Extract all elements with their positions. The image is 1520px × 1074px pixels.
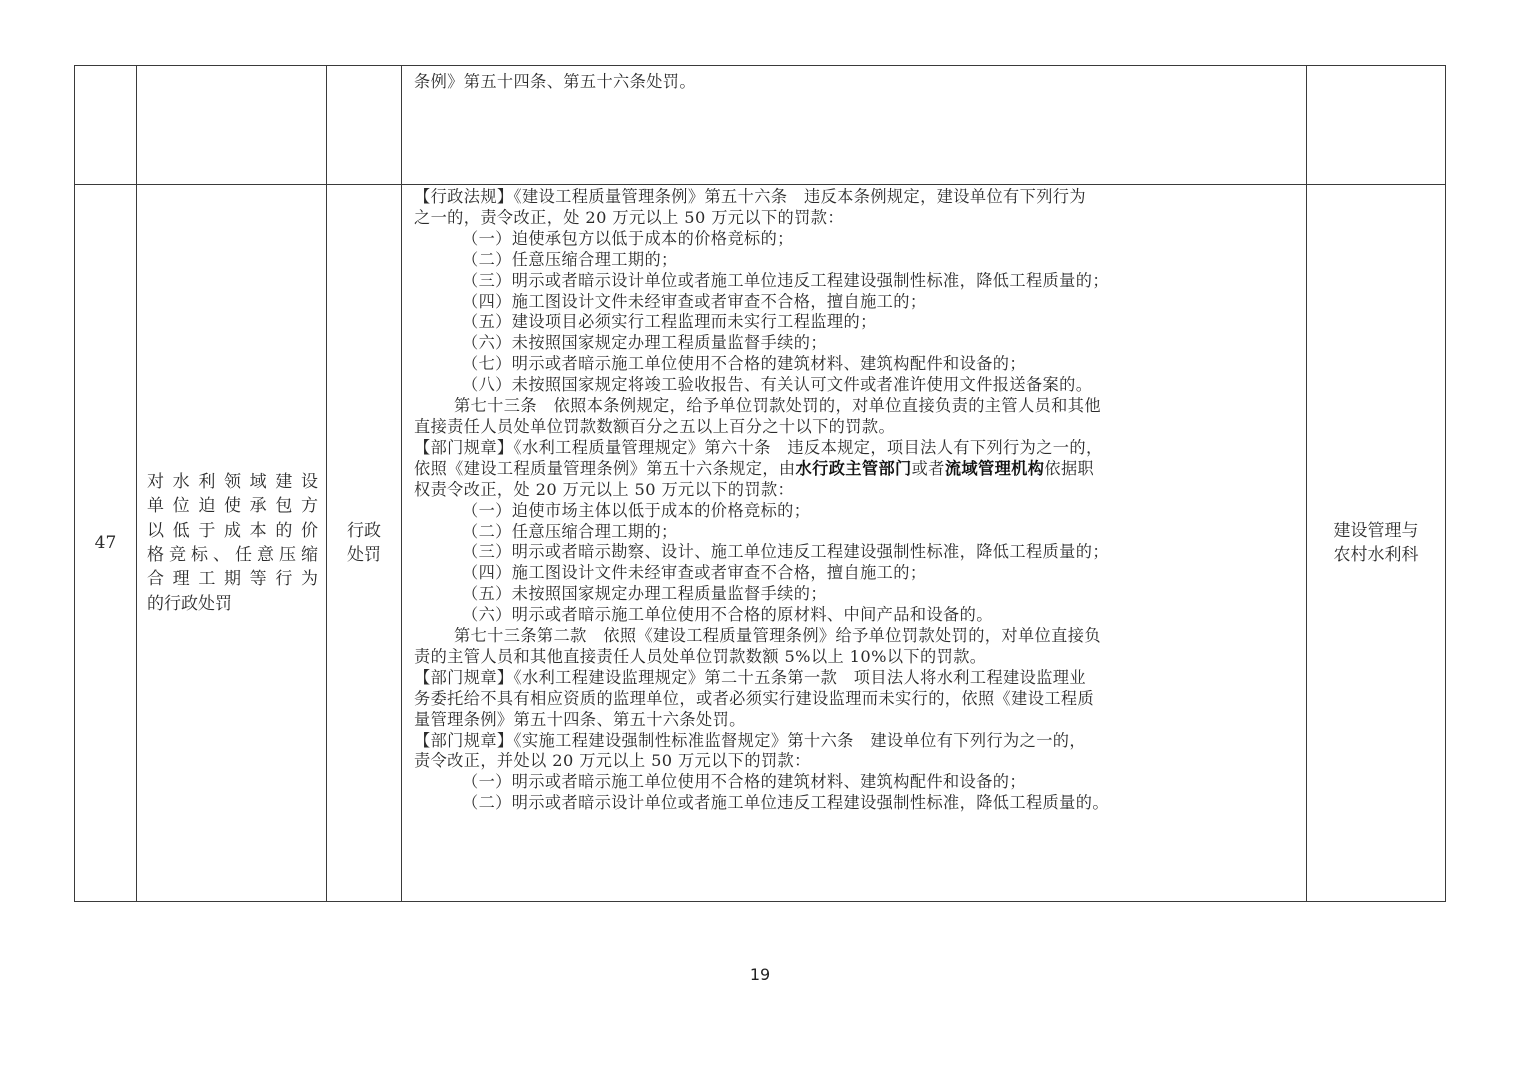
law4-item: （二）明示或者暗示设计单位或者施工单位违反工程建设强制性标准，降低工程质量的。	[414, 793, 1300, 814]
law1-cont: 之一的，责令改正，处 20 万元以上 50 万元以下的罚款：	[414, 208, 1300, 229]
law2-line2: 依照《建设工程质量管理条例》第五十六条规定，由水行政主管部门或者流域管理机构依据…	[414, 459, 1300, 480]
law2-head: 【部门规章】《水利工程质量管理规定》第六十条 违反本规定，项目法人有下列行为之一…	[414, 438, 1300, 459]
law2-item: （三）明示或者暗示勘察、设计、施工单位违反工程建设强制性标准，降低工程质量的；	[414, 542, 1300, 563]
law2-item: （四）施工图设计文件未经审查或者审查不合格，擅自施工的；	[414, 563, 1300, 584]
law1-item: （四）施工图设计文件未经审查或者审查不合格，擅自施工的；	[414, 292, 1300, 313]
law1-item: （二）任意压缩合理工期的；	[414, 250, 1300, 271]
basin-authority-bold: 流域管理机构	[945, 459, 1045, 478]
law1-item: （七）明示或者暗示施工单位使用不合格的建筑材料、建筑构配件和设备的；	[414, 354, 1300, 375]
basis-cell: 【行政法规】《建设工程质量管理条例》第五十六条 违反本条例规定，建设单位有下列行…	[402, 185, 1307, 902]
law2-item: （二）任意压缩合理工期的；	[414, 522, 1300, 543]
law1-item: （一）迫使承包方以低于成本的价格竞标的；	[414, 229, 1300, 250]
department-line: 建设管理与	[1307, 519, 1445, 543]
law2-item: （六）明示或者暗示施工单位使用不合格的原材料、中间产品和设备的。	[414, 605, 1300, 626]
law1-head: 【行政法规】《建设工程质量管理条例》第五十六条 违反本条例规定，建设单位有下列行…	[414, 187, 1300, 208]
law1-art73: 第七十三条 依照本条例规定，给予单位罚款处罚的，对单位直接负责的主管人员和其他	[414, 396, 1300, 417]
law2-item: （一）迫使市场主体以低于成本的价格竞标的；	[414, 501, 1300, 522]
regulation-table: 条例》第五十四条、第五十六条处罚。 47 对水利领域建设 单位迫使承包方 以低于…	[74, 65, 1446, 902]
basis-cell: 条例》第五十四条、第五十六条处罚。	[402, 66, 1307, 185]
item-name-line: 的行政处罚	[147, 592, 318, 616]
law1-item: （五）建设项目必须实行工程监理而未实行工程监理的；	[414, 312, 1300, 333]
law2-text: 依据职	[1044, 459, 1094, 478]
law2-text: 依照《建设工程质量管理条例》第五十六条规定，由	[414, 459, 796, 478]
department-line: 农村水利科	[1307, 543, 1445, 567]
item-name-line: 对水利领域建设	[147, 470, 318, 494]
row-number-cell: 47	[75, 185, 137, 902]
item-name-line: 合理工期等行为	[147, 567, 318, 591]
type-line: 处罚	[327, 543, 401, 567]
law2-text: 或者	[912, 459, 945, 478]
law3-line: 量管理条例》第五十四条、第五十六条处罚。	[414, 710, 1300, 731]
law2-art73-cont: 责的主管人员和其他直接责任人员处单位罚款数额 5%以上 10%以下的罚款。	[414, 647, 1300, 668]
law3-line: 务委托给不具有相应资质的监理单位，或者必须实行建设监理而未实行的，依照《建设工程…	[414, 689, 1300, 710]
water-admin-dept-bold: 水行政主管部门	[796, 459, 912, 478]
item-name-line: 格竞标、任意压缩	[147, 543, 318, 567]
item-name-line: 单位迫使承包方	[147, 494, 318, 518]
law4-line: 【部门规章】《实施工程建设强制性标准监督规定》第十六条 建设单位有下列行为之一的…	[414, 731, 1300, 752]
basis-text: 条例》第五十四条、第五十六条处罚。	[414, 72, 696, 91]
item-name-line: 以低于成本的价	[147, 519, 318, 543]
row-number-cell	[75, 66, 137, 185]
law1-item: （三）明示或者暗示设计单位或者施工单位违反工程建设强制性标准，降低工程质量的；	[414, 271, 1300, 292]
law2-item: （五）未按照国家规定办理工程质量监督手续的；	[414, 584, 1300, 605]
law1-art73-cont: 直接责任人员处单位罚款数额百分之五以上百分之十以下的罚款。	[414, 417, 1300, 438]
department-cell: 建设管理与 农村水利科	[1307, 185, 1446, 902]
law4-line: 责令改正，并处以 20 万元以上 50 万元以下的罚款：	[414, 751, 1300, 772]
law1-item: （八）未按照国家规定将竣工验收报告、有关认可文件或者准许使用文件报送备案的。	[414, 375, 1300, 396]
type-cell: 行政 处罚	[327, 185, 402, 902]
law4-item: （一）明示或者暗示施工单位使用不合格的建筑材料、建筑构配件和设备的；	[414, 772, 1300, 793]
item-name-cell	[137, 66, 327, 185]
law3-line: 【部门规章】《水利工程建设监理规定》第二十五条第一款 项目法人将水利工程建设监理…	[414, 668, 1300, 689]
law2-art73: 第七十三条第二款 依照《建设工程质量管理条例》给予单位罚款处罚的，对单位直接负	[414, 626, 1300, 647]
law2-line3: 权责令改正，处 20 万元以上 50 万元以下的罚款：	[414, 480, 1300, 501]
item-name-cell: 对水利领域建设 单位迫使承包方 以低于成本的价 格竞标、任意压缩 合理工期等行为…	[137, 185, 327, 902]
type-line: 行政	[327, 519, 401, 543]
type-cell	[327, 66, 402, 185]
page-number: 19	[0, 965, 1520, 984]
table-row: 47 对水利领域建设 单位迫使承包方 以低于成本的价 格竞标、任意压缩 合理工期…	[75, 185, 1446, 902]
law1-item: （六）未按照国家规定办理工程质量监督手续的；	[414, 333, 1300, 354]
table-row: 条例》第五十四条、第五十六条处罚。	[75, 66, 1446, 185]
department-cell	[1307, 66, 1446, 185]
